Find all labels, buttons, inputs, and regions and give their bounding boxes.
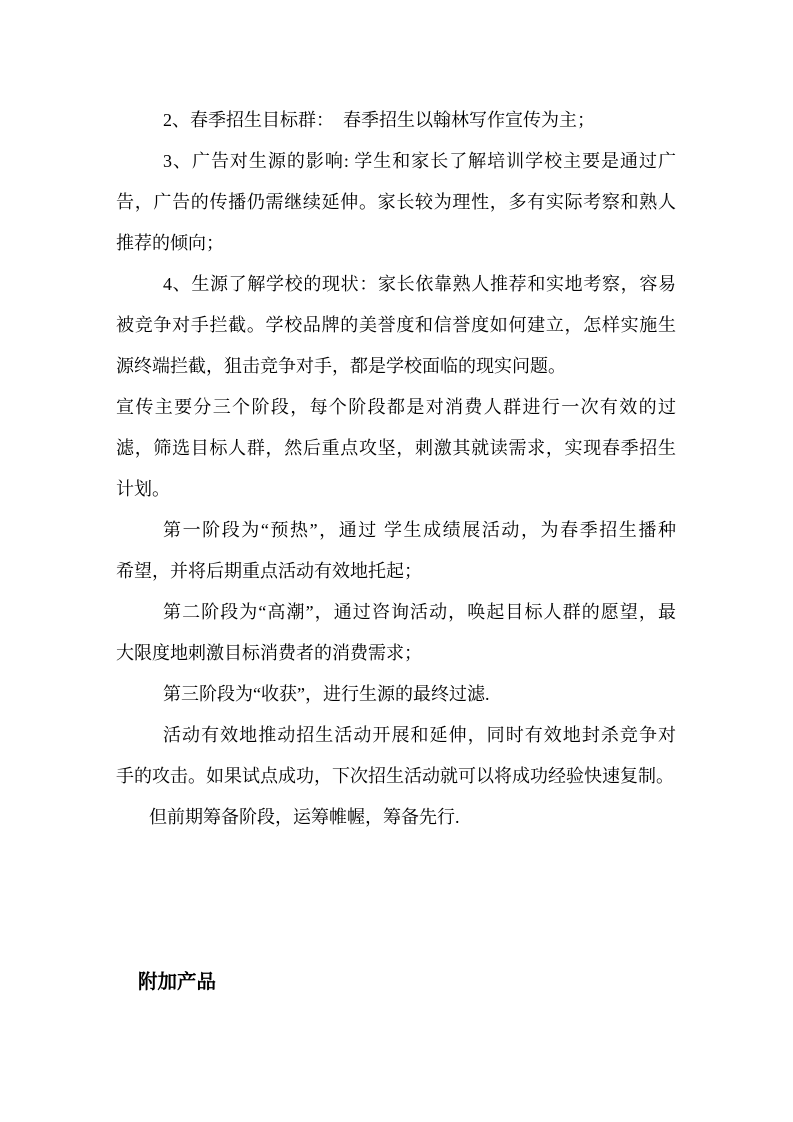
text-line: 但前期筹备阶段，运筹帷幄，筹备先行. xyxy=(116,797,676,838)
text-line: 告，广告的传播仍需继续延伸。家长较为理性，多有实际考察和熟人 xyxy=(116,182,676,223)
paragraph: 但前期筹备阶段，运筹帷幄，筹备先行. xyxy=(116,797,676,838)
paragraph: 第三阶段为“收获”，进行生源的最终过滤. xyxy=(116,674,676,715)
text-line: 第一阶段为“预热”，通过 学生成绩展活动，为春季招生播种 xyxy=(116,510,676,551)
text-line: 推荐的倾向； xyxy=(116,223,676,264)
paragraph: 活动有效地推动招生活动开展和延伸，同时有效地封杀竞争对手的攻击。如果试点成功，下… xyxy=(116,715,676,797)
paragraph: 3、广告对生源的影响: 学生和家长了解培训学校主要是通过广告，广告的传播仍需继续… xyxy=(116,141,676,264)
text-line: 活动有效地推动招生活动开展和延伸，同时有效地封杀竞争对 xyxy=(116,715,676,756)
paragraph: 4、生源了解学校的现状：家长依靠熟人推荐和实地考察，容易被竞争对手拦截。学校品牌… xyxy=(116,264,676,387)
text-line: 第三阶段为“收获”，进行生源的最终过滤. xyxy=(116,674,676,715)
paragraph: 第二阶段为“高潮”，通过咨询活动，唤起目标人群的愿望，最大限度地刺激目标消费者的… xyxy=(116,592,676,674)
text-line: 大限度地刺激目标消费者的消费需求； xyxy=(116,633,676,674)
text-line: 手的攻击。如果试点成功，下次招生活动就可以将成功经验快速复制。 xyxy=(116,756,676,797)
text-line: 被竞争对手拦截。学校品牌的美誉度和信誉度如何建立，怎样实施生 xyxy=(116,305,676,346)
paragraph: 2、春季招生目标群： 春季招生以翰林写作宣传为主； xyxy=(116,100,676,141)
text-line: 3、广告对生源的影响: 学生和家长了解培训学校主要是通过广 xyxy=(116,141,676,182)
document-page: 2、春季招生目标群： 春季招生以翰林写作宣传为主；3、广告对生源的影响: 学生和… xyxy=(0,0,793,1122)
text-line: 源终端拦截，狙击竞争对手，都是学校面临的现实问题。 xyxy=(116,346,676,387)
section-heading: 附加产品 xyxy=(116,968,676,998)
text-line: 4、生源了解学校的现状：家长依靠熟人推荐和实地考察，容易 xyxy=(116,264,676,305)
paragraph: 宣传主要分三个阶段，每个阶段都是对消费人群进行一次有效的过滤，筛选目标人群，然后… xyxy=(116,387,676,510)
paragraph: 第一阶段为“预热”，通过 学生成绩展活动，为春季招生播种希望，并将后期重点活动有… xyxy=(116,510,676,592)
text-line: 2、春季招生目标群： 春季招生以翰林写作宣传为主； xyxy=(116,100,676,141)
text-line: 希望，并将后期重点活动有效地托起； xyxy=(116,551,676,592)
text-line: 第二阶段为“高潮”，通过咨询活动，唤起目标人群的愿望，最 xyxy=(116,592,676,633)
text-line: 滤，筛选目标人群，然后重点攻坚，刺激其就读需求，实现春季招生 xyxy=(116,428,676,469)
document-body: 2、春季招生目标群： 春季招生以翰林写作宣传为主；3、广告对生源的影响: 学生和… xyxy=(116,100,676,838)
document-content: 2、春季招生目标群： 春季招生以翰林写作宣传为主；3、广告对生源的影响: 学生和… xyxy=(0,0,676,998)
text-line: 宣传主要分三个阶段，每个阶段都是对消费人群进行一次有效的过 xyxy=(116,387,676,428)
text-line: 计划。 xyxy=(116,469,676,510)
